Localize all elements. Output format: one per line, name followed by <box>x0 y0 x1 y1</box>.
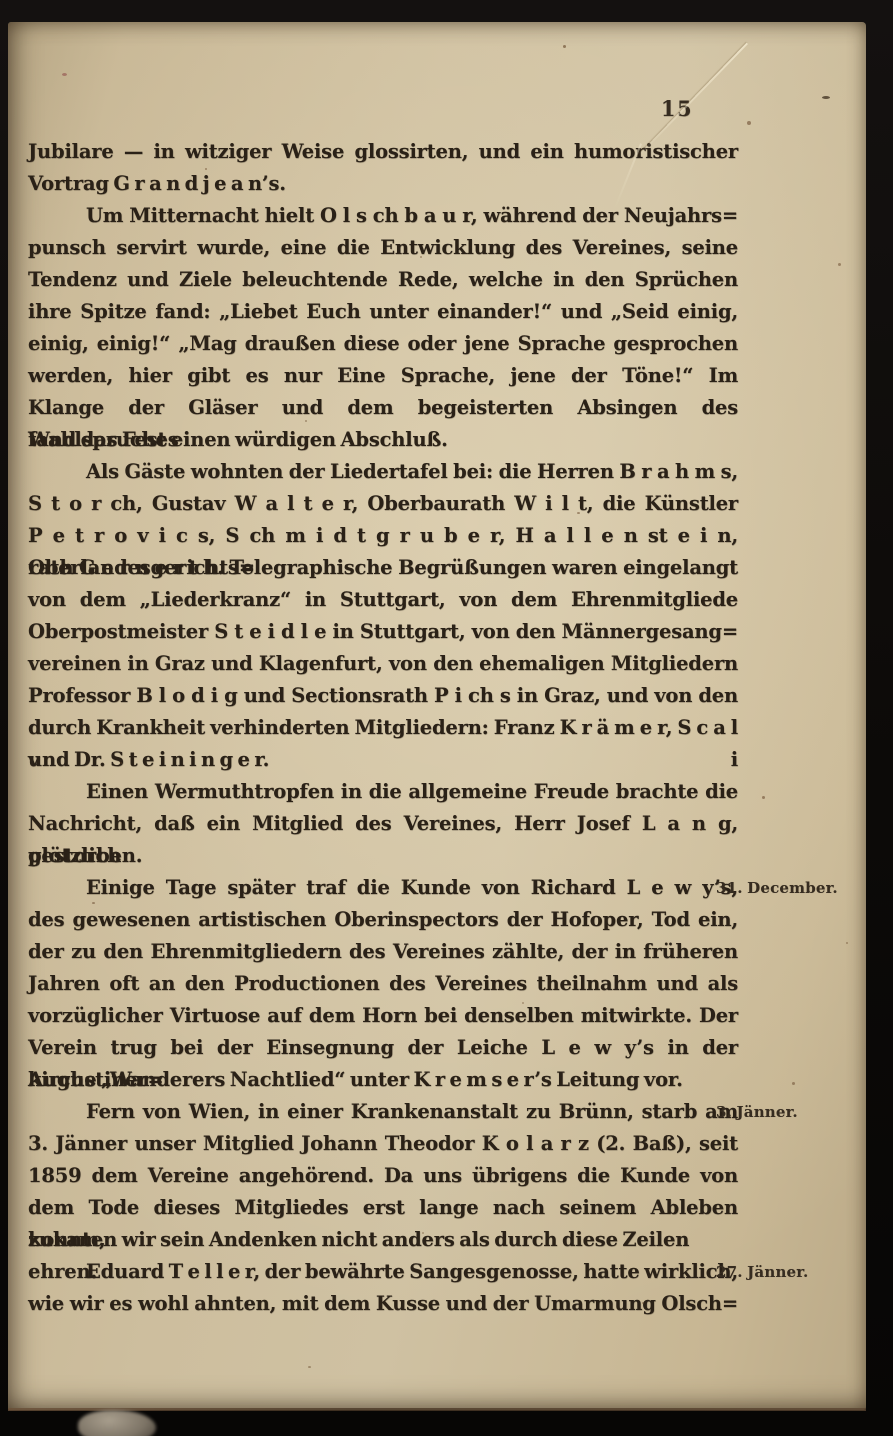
text-line: S t o r ch, Gustav W a l t e r, Oberbaur… <box>28 488 738 520</box>
text-line: durch Krankheit verhinderten Mitgliedern… <box>28 712 738 744</box>
text-line: fand das Fest einen würdigen Abschluß. <box>28 424 738 456</box>
paper-speck <box>792 1082 795 1085</box>
paper-speck <box>345 634 347 636</box>
text-line: Als Gäste wohnten der Liedertafel bei: d… <box>28 456 738 488</box>
text-line: vorzüglicher Virtuose auf dem Horn bei d… <box>28 1000 738 1032</box>
text-line: Oberpostmeister S t e i d l e in Stuttga… <box>28 616 738 648</box>
paper-speck <box>838 263 841 266</box>
text-line: punsch servirt wurde, eine die Entwicklu… <box>28 232 738 264</box>
paper-speck <box>642 1302 644 1304</box>
text-line: konnten wir sein Andenken nicht anders a… <box>28 1224 738 1256</box>
margin-note: 27. Jänner. <box>716 1262 858 1282</box>
text-line: Eduard T e l l e r, der bewährte Sangesg… <box>28 1256 738 1288</box>
book-scan: 15 Jubilare — in witziger Weise glossirt… <box>0 0 893 1436</box>
paper-speck <box>62 73 67 76</box>
text-line: ihre Spitze fand: „Liebet Euch unter ein… <box>28 296 738 328</box>
paper-speck <box>563 45 566 48</box>
paper-speck <box>420 256 422 258</box>
paper-speck <box>822 96 830 99</box>
text-line: Klange der Gläser und dem begeisterten A… <box>28 392 738 424</box>
paper-speck <box>92 902 95 904</box>
text-line: 1859 dem Vereine angehörend. Da uns übri… <box>28 1160 738 1192</box>
paper-speck <box>846 942 848 944</box>
text-line: der zu den Ehrenmitgliedern des Vereines… <box>28 936 738 968</box>
text-line: werden, hier gibt es nur Eine Sprache, j… <box>28 360 738 392</box>
margin-note: 3. Jänner. <box>716 1102 858 1122</box>
text-line: Fern von Wien, in einer Krankenanstalt z… <box>28 1096 738 1128</box>
text-line: rath G e r n e r t h. Telegraphische Beg… <box>28 552 738 584</box>
page-bottom-edge <box>8 1408 866 1411</box>
scan-artifact-blob <box>78 1410 156 1436</box>
paper-speck <box>577 512 580 514</box>
text-line: Einige Tage später traf die Kunde von Ri… <box>28 872 738 904</box>
paper-speck <box>308 1366 311 1368</box>
text-line: wie wir es wohl ahnten, mit dem Kusse un… <box>28 1288 738 1320</box>
text-line: von dem „Liederkranz“ in Stuttgart, von … <box>28 584 738 616</box>
text-line: gestorben. <box>28 840 738 872</box>
paper-speck <box>120 762 122 764</box>
paper-speck <box>700 829 702 831</box>
text-line: Verein trug bei der Einsegnung der Leich… <box>28 1032 738 1064</box>
text-line: dem Tode dieses Mitgliedes erst lange na… <box>28 1192 738 1224</box>
paper-speck <box>305 420 307 422</box>
margin-note: 31. December. <box>716 878 858 898</box>
text-block: Jubilare — in witziger Weise glossirten,… <box>28 136 738 1320</box>
book-page: 15 Jubilare — in witziger Weise glossirt… <box>8 22 866 1410</box>
text-line: Jahren oft an den Productionen des Verei… <box>28 968 738 1000</box>
paper-speck <box>522 1002 524 1004</box>
text-line: Einen Wermuthtropfen in die allgemeine F… <box>28 776 738 808</box>
paper-speck <box>422 1232 424 1234</box>
text-line: des gewesenen artistischen Oberinspector… <box>28 904 738 936</box>
text-line: Professor B l o d i g und Sectionsrath P… <box>28 680 738 712</box>
text-line: Vortrag G r a n d j e a n’s. <box>28 168 738 200</box>
text-line: einig, einig!“ „Mag draußen diese oder j… <box>28 328 738 360</box>
paper-speck <box>747 121 751 125</box>
text-line: Tendenz und Ziele beleuchtende Rede, wel… <box>28 264 738 296</box>
text-line: P e t r o v i c s, S ch m i d t g r u b … <box>28 520 738 552</box>
paper-speck <box>205 168 207 170</box>
text-line: Nachricht, daß ein Mitglied des Vereines… <box>28 808 738 840</box>
paper-speck <box>762 796 765 799</box>
text-line: kirche „Wanderers Nachtlied“ unter K r e… <box>28 1064 738 1096</box>
text-line: 3. Jänner unser Mitglied Johann Theodor … <box>28 1128 738 1160</box>
text-line: vereinen in Graz und Klagenfurt, von den… <box>28 648 738 680</box>
text-line: Um Mitternacht hielt O l s ch b a u r, w… <box>28 200 738 232</box>
